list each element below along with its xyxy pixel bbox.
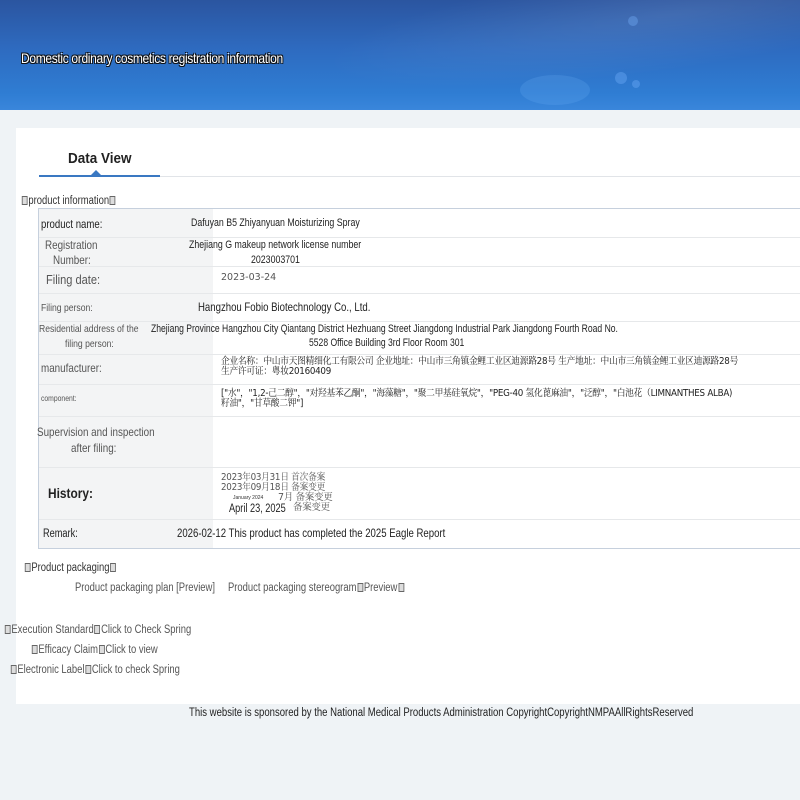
table-row-filing-person: Filing person: Hangzhou Fobio Biotechnol… <box>39 294 800 322</box>
value-registration-number-1: Zhejiang G makeup network license number <box>189 239 361 251</box>
section-title-product-packaging: Product packaging <box>24 562 117 574</box>
label-filing-person: Filing person: <box>41 302 93 314</box>
bracket-icon <box>11 665 17 674</box>
label-registration-number-2: Number: <box>53 253 91 267</box>
table-row-filing-address: Residential address of the filing person… <box>39 322 800 355</box>
efficacy-claim-label: Efficacy Claim <box>38 644 98 656</box>
packaging-plan-preview-link[interactable]: Product packaging plan [Preview] <box>75 582 215 594</box>
footer-copyright: This website is sponsored by the Nationa… <box>189 707 693 719</box>
table-row-registration-number: Registration Number: Zhejiang G makeup n… <box>39 237 800 267</box>
table-row-remark: Remark: 2026-02-12 This product has comp… <box>39 519 800 548</box>
label-component: component: <box>41 394 77 403</box>
value-manufacturer-2: 生产许可证：粤妆20160409 <box>221 367 331 377</box>
efficacy-claim-link[interactable]: Click to view <box>105 644 157 656</box>
product-info-table: product name: Dafuyan B5 Zhiyanyuan Mois… <box>38 208 800 549</box>
label-supervision-2: after filing: <box>71 441 116 455</box>
packaging-stereogram-preview-link[interactable]: Preview <box>364 582 398 594</box>
table-row-history: History: 2023年03月31日 首次备案 2023年09月18日 备案… <box>39 467 800 520</box>
bracket-icon <box>398 583 404 592</box>
history-item-small-date: January 2024 <box>233 495 263 501</box>
table-row-filing-date: Filing date: 2023-03-24 <box>39 267 800 294</box>
label-history: History: <box>48 485 93 501</box>
label-manufacturer: manufacturer: <box>41 361 102 375</box>
packaging-stereogram: Product packaging stereogramPreview <box>228 582 405 594</box>
bracket-icon <box>5 625 11 634</box>
value-filing-address-1: Zhejiang Province Hangzhou City Qiantang… <box>151 323 618 335</box>
electronic-label-link[interactable]: Click to check Spring <box>92 664 180 676</box>
value-filing-date: 2023-03-24 <box>221 272 276 283</box>
bracket-icon <box>99 645 105 654</box>
execution-standard-label: Execution Standard <box>11 624 93 636</box>
page-title: Domestic ordinary cosmetics registration… <box>21 50 283 66</box>
label-supervision-1: Supervision and inspection <box>37 425 155 439</box>
value-remark: 2026-02-12 This product has completed th… <box>177 526 445 540</box>
tab-caret-icon <box>91 170 101 175</box>
efficacy-claim-row: Efficacy ClaimClick to view <box>31 644 158 656</box>
bracket-icon <box>22 196 28 205</box>
label-filing-date: Filing date: <box>46 272 100 287</box>
bracket-icon <box>110 196 116 205</box>
bracket-icon <box>32 645 38 654</box>
value-registration-number-2: 2023003701 <box>251 254 300 266</box>
label-product-name: product name: <box>41 217 102 231</box>
value-filing-address-2: 5528 Office Building 3rd Floor Room 301 <box>309 337 464 349</box>
bracket-icon <box>110 563 116 572</box>
packaging-stereogram-label: Product packaging stereogram <box>228 582 356 594</box>
table-row-manufacturer: manufacturer: 企业名称：中山市天图精细化工有限公司 企业地址：中山… <box>39 354 800 385</box>
value-component-2: 籽油"，"甘草酸二钾"] <box>221 399 303 409</box>
section-title-product-information: product information <box>21 195 116 207</box>
section-title-text: product information <box>28 195 109 207</box>
banner-bubble <box>628 16 638 26</box>
section-title-text: Product packaging <box>31 562 109 574</box>
execution-standard-link[interactable]: Click to Check Spring <box>101 624 191 636</box>
banner-bubble <box>615 72 627 84</box>
value-product-name: Dafuyan B5 Zhiyanyuan Moisturizing Spray <box>191 217 360 229</box>
tab-active-indicator <box>39 175 160 177</box>
table-row-product-name: product name: Dafuyan B5 Zhiyanyuan Mois… <box>39 209 800 238</box>
bracket-icon <box>357 583 363 592</box>
label-remark: Remark: <box>43 528 78 540</box>
banner-bubble <box>632 80 640 88</box>
table-row-component: component: ["水"，"1,2-己二醇"，"对羟基苯乙酮"，"海藻糖"… <box>39 384 800 417</box>
electronic-label-row: Electronic LabelClick to check Spring <box>10 664 180 676</box>
execution-standard-row: Execution StandardClick to Check Spring <box>4 624 191 636</box>
electronic-label-label: Electronic Label <box>17 664 84 676</box>
value-filing-person: Hangzhou Fobio Biotechnology Co., Ltd. <box>198 300 370 314</box>
bracket-icon <box>95 625 101 634</box>
label-filing-address-1: Residential address of the <box>39 323 139 335</box>
tab-data-view[interactable]: Data View <box>68 150 132 167</box>
table-row-supervision: Supervision and inspection after filing: <box>39 416 800 468</box>
history-item-date: April 23, 2025 <box>229 503 286 515</box>
history-list: 2023年03月31日 首次备案 2023年09月18日 备案变更 Januar… <box>221 473 334 515</box>
history-item: April 23, 2025 备案变更 <box>221 503 334 515</box>
bracket-icon <box>85 665 91 674</box>
label-filing-address-2: filing person: <box>65 338 114 350</box>
banner-decoration <box>520 75 590 105</box>
bracket-icon <box>25 563 31 572</box>
header-banner: Domestic ordinary cosmetics registration… <box>0 0 800 110</box>
history-item-text: 备案变更 <box>293 503 330 513</box>
label-registration-number-1: Registration <box>45 238 98 252</box>
